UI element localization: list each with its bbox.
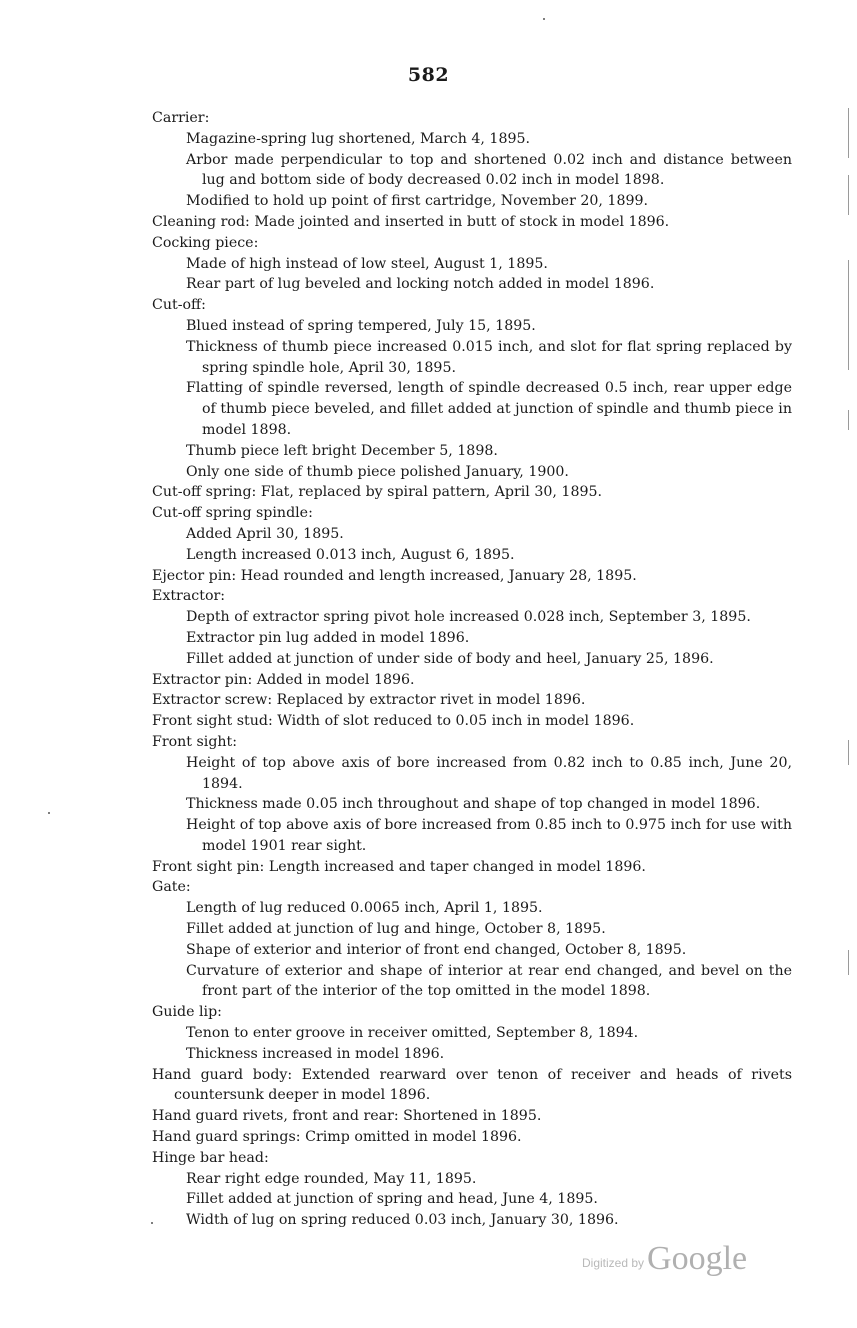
entry-heading: Front sight:: [152, 732, 792, 753]
change-subitem: Modified to hold up point of first cartr…: [152, 191, 792, 212]
change-subitem: Flatting of spindle reversed, length of …: [152, 378, 792, 440]
page-number: 582: [0, 64, 857, 86]
list-item: Cut-off spring spindle:Added April 30, 1…: [152, 503, 792, 565]
change-subitem: Depth of extractor spring pivot hole inc…: [152, 607, 792, 628]
scanned-book-page: 582 Carrier:Magazine-spring lug shortene…: [0, 0, 857, 1328]
list-item: Extractor pin: Added in model 1896.: [152, 670, 792, 691]
scan-margin-line: [848, 740, 849, 765]
change-subitem: Thumb piece left bright December 5, 1898…: [152, 441, 792, 462]
list-item: Cocking piece:Made of high instead of lo…: [152, 233, 792, 295]
list-item: Extractor:Depth of extractor spring pivo…: [152, 586, 792, 669]
change-subitem: Tenon to enter groove in receiver omitte…: [152, 1023, 792, 1044]
change-description: Replaced by extractor rivet in model 189…: [277, 692, 586, 708]
scan-speck: [543, 18, 545, 20]
change-subitem: Thickness increased in model 1896.: [152, 1044, 792, 1065]
change-subitem: Length increased 0.013 inch, August 6, 1…: [152, 545, 792, 566]
scan-margin-line: [848, 410, 849, 430]
change-subitem: Added April 30, 1895.: [152, 524, 792, 545]
list-item: Carrier:Magazine-spring lug shortened, M…: [152, 108, 792, 212]
part-name: Cocking piece:: [152, 235, 258, 251]
list-item: Hinge bar head:Rear right edge rounded, …: [152, 1148, 792, 1231]
change-description: Length increased and taper changed in mo…: [269, 859, 646, 875]
list-item: Front sight pin: Length increased and ta…: [152, 857, 792, 878]
entry-heading: Cut-off spring: Flat, replaced by spiral…: [152, 482, 792, 503]
change-subitem: Length of lug reduced 0.0065 inch, April…: [152, 898, 792, 919]
list-item: Hand guard springs: Crimp omitted in mod…: [152, 1127, 792, 1148]
scan-margin-line: [848, 108, 849, 158]
scan-margin-line: [848, 175, 849, 215]
change-subitem: Only one side of thumb piece polished Ja…: [152, 462, 792, 483]
list-item: Guide lip:Tenon to enter groove in recei…: [152, 1002, 792, 1064]
entry-heading: Cut-off spring spindle:: [152, 503, 792, 524]
change-subitem: Blued instead of spring tempered, July 1…: [152, 316, 792, 337]
entry-heading: Cleaning rod: Made jointed and inserted …: [152, 212, 792, 233]
change-subitem: Fillet added at junction of lug and hing…: [152, 919, 792, 940]
entry-heading: Front sight pin: Length increased and ta…: [152, 857, 792, 878]
change-subitem: Made of high instead of low steel, Augus…: [152, 254, 792, 275]
change-description: Made jointed and inserted in butt of sto…: [254, 214, 669, 230]
part-name: Front sight:: [152, 734, 237, 750]
entry-heading: Front sight stud: Width of slot reduced …: [152, 711, 792, 732]
part-name: Carrier:: [152, 110, 209, 126]
change-subitem: Rear part of lug beveled and locking not…: [152, 274, 792, 295]
entry-heading: Cocking piece:: [152, 233, 792, 254]
list-item: Cut-off:Blued instead of spring tempered…: [152, 295, 792, 482]
entry-heading: Hand guard springs: Crimp omitted in mod…: [152, 1127, 792, 1148]
entry-heading: Guide lip:: [152, 1002, 792, 1023]
list-item: Front sight:Height of top above axis of …: [152, 732, 792, 857]
part-name: Hand guard rivets, front and rear:: [152, 1108, 399, 1124]
list-item: Cleaning rod: Made jointed and inserted …: [152, 212, 792, 233]
google-logo-text: Google: [647, 1242, 747, 1276]
part-name: Front sight stud:: [152, 713, 273, 729]
change-subitem: Rear right edge rounded, May 11, 1895.: [152, 1169, 792, 1190]
scan-speck: [48, 812, 50, 814]
part-name: Cleaning rod:: [152, 214, 250, 230]
list-item: Cut-off spring: Flat, replaced by spiral…: [152, 482, 792, 503]
entry-heading: Cut-off:: [152, 295, 792, 316]
part-name: Front sight pin:: [152, 859, 264, 875]
change-subitem: Thickness of thumb piece increased 0.015…: [152, 337, 792, 379]
part-name: Extractor:: [152, 588, 225, 604]
change-description: Head rounded and length increased, Janua…: [241, 568, 637, 584]
entry-heading: Carrier:: [152, 108, 792, 129]
digitized-by-google-watermark: Digitized by Google: [582, 1232, 747, 1276]
list-item: Front sight stud: Width of slot reduced …: [152, 711, 792, 732]
entry-heading: Ejector pin: Head rounded and length inc…: [152, 566, 792, 587]
list-item: Ejector pin: Head rounded and length inc…: [152, 566, 792, 587]
part-name: Cut-off spring:: [152, 484, 256, 500]
part-name: Extractor screw:: [152, 692, 272, 708]
scan-speck: [151, 1222, 153, 1224]
part-name: Extractor pin:: [152, 672, 252, 688]
change-subitem: Curvature of exterior and shape of inter…: [152, 961, 792, 1003]
change-description: Shortened in 1895.: [403, 1108, 541, 1124]
part-name: Gate:: [152, 879, 191, 895]
change-subitem: Magazine-spring lug shortened, March 4, …: [152, 129, 792, 150]
part-name: Hand guard springs:: [152, 1129, 301, 1145]
change-description: Width of slot reduced to 0.05 inch in mo…: [277, 713, 634, 729]
part-name: Guide lip:: [152, 1004, 222, 1020]
list-item: Hand guard rivets, front and rear: Short…: [152, 1106, 792, 1127]
list-item: Extractor screw: Replaced by extractor r…: [152, 690, 792, 711]
part-name: Cut-off spring spindle:: [152, 505, 313, 521]
change-subitem: Thickness made 0.05 inch throughout and …: [152, 794, 792, 815]
entry-heading: Hinge bar head:: [152, 1148, 792, 1169]
entry-heading: Extractor screw: Replaced by extractor r…: [152, 690, 792, 711]
watermark-prefix: Digitized by: [582, 1256, 644, 1270]
part-name: Cut-off:: [152, 297, 206, 313]
change-subitem: Height of top above axis of bore increas…: [152, 753, 792, 795]
entry-heading: Hand guard rivets, front and rear: Short…: [152, 1106, 792, 1127]
part-name: Hand guard body:: [152, 1067, 292, 1083]
change-subitem: Fillet added at junction of under side o…: [152, 649, 792, 670]
entry-heading: Extractor:: [152, 586, 792, 607]
change-description: Added in model 1896.: [257, 672, 415, 688]
change-subitem: Arbor made perpendicular to top and shor…: [152, 150, 792, 192]
entry-heading: Extractor pin: Added in model 1896.: [152, 670, 792, 691]
part-name: Hinge bar head:: [152, 1150, 269, 1166]
entry-heading: Hand guard body: Extended rearward over …: [152, 1065, 792, 1107]
change-description: Crimp omitted in model 1896.: [305, 1129, 521, 1145]
scan-margin-line: [848, 260, 849, 370]
change-subitem: Shape of exterior and interior of front …: [152, 940, 792, 961]
change-subitem: Extractor pin lug added in model 1896.: [152, 628, 792, 649]
entry-heading: Gate:: [152, 877, 792, 898]
scan-margin-line: [848, 950, 849, 975]
list-item: Hand guard body: Extended rearward over …: [152, 1065, 792, 1107]
parts-change-list: Carrier:Magazine-spring lug shortened, M…: [152, 108, 792, 1231]
list-item: Gate:Length of lug reduced 0.0065 inch, …: [152, 877, 792, 1002]
change-subitem: Height of top above axis of bore increas…: [152, 815, 792, 857]
change-subitem: Fillet added at junction of spring and h…: [152, 1189, 792, 1210]
change-subitem: Width of lug on spring reduced 0.03 inch…: [152, 1210, 792, 1231]
part-name: Ejector pin:: [152, 568, 236, 584]
change-description: Flat, replaced by spiral pattern, April …: [261, 484, 602, 500]
